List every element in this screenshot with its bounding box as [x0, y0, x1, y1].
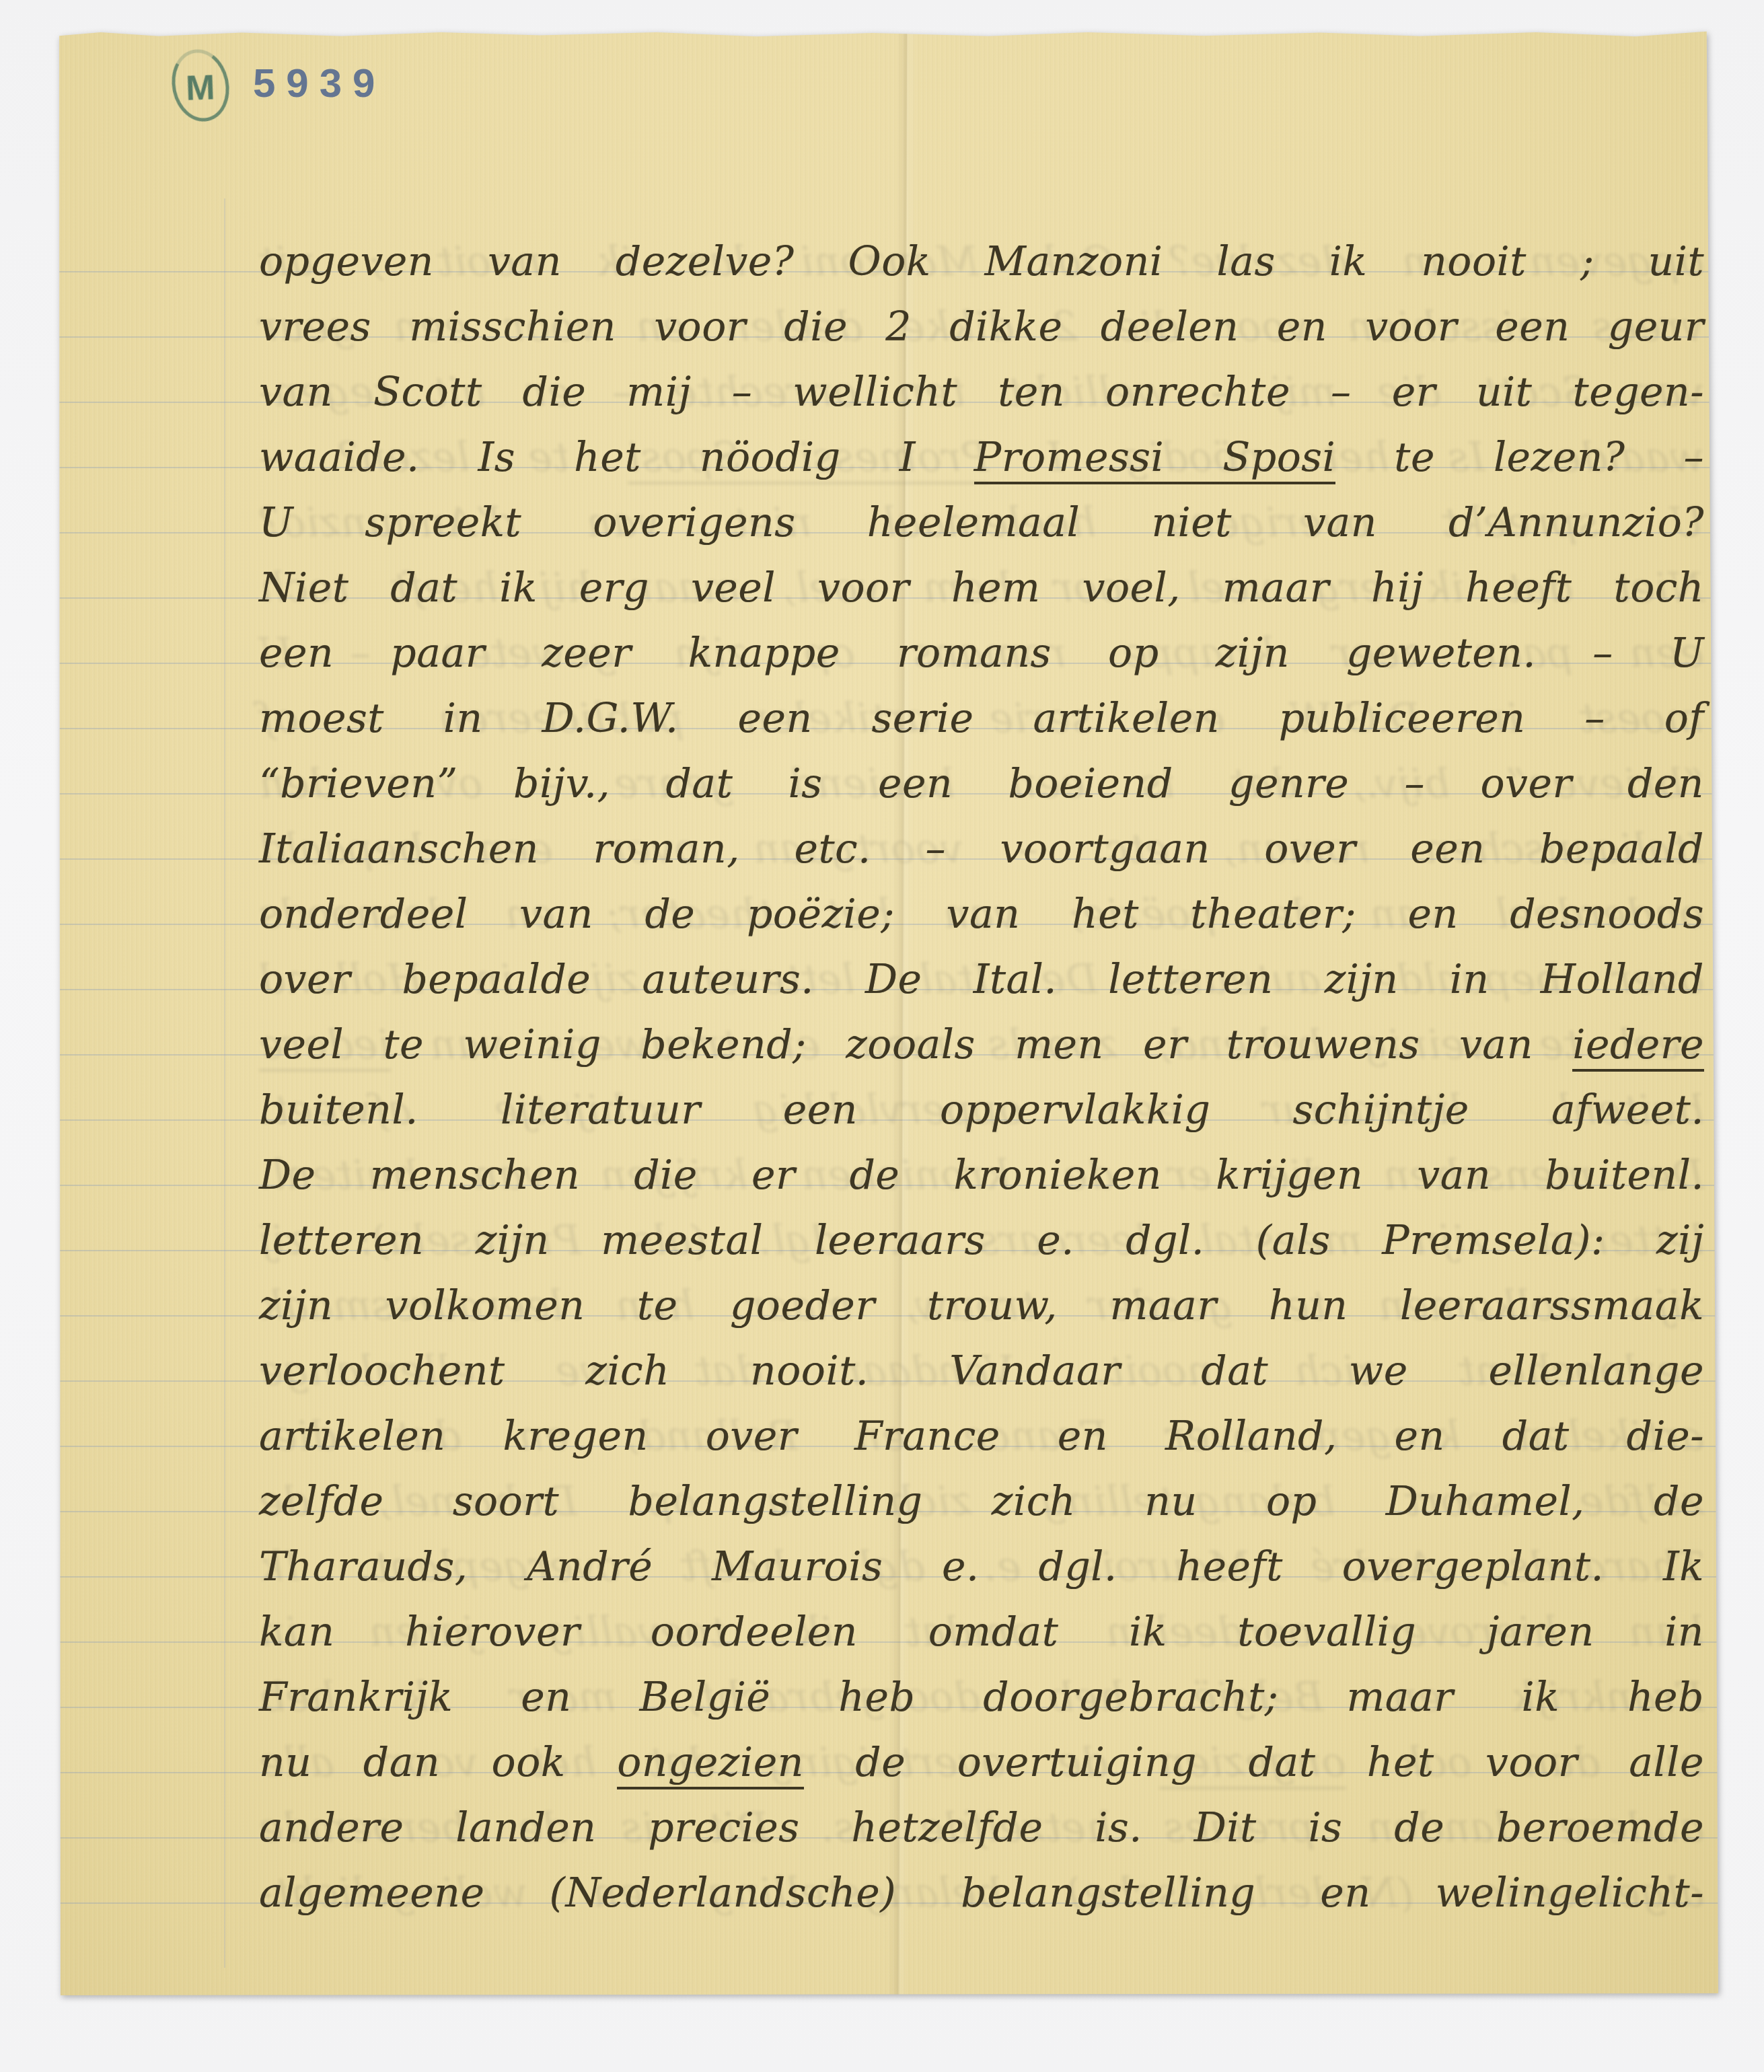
- line-segment: De menschen die er de kronieken krijgen …: [259, 1152, 1704, 1199]
- handwritten-line: U spreekt overigens heelemaal niet van d…: [259, 492, 1704, 557]
- handwritten-line: “brieven” bijv., dat is een boeiend genr…: [259, 753, 1704, 818]
- handwritten-line: Frankrijk en België heb doorgebracht; ma…: [259, 1666, 1704, 1732]
- handwritten-line: onderdeel van de poëzie; van het theater…: [259, 883, 1704, 949]
- handwritten-line: kan hierover oordeelen omdat ik toevalli…: [259, 1601, 1704, 1666]
- handwritten-line: letteren zijn meestal leeraars e. dgl. (…: [259, 1210, 1704, 1275]
- handwritten-line: vrees misschien voor die 2 dikke deelen …: [259, 296, 1704, 361]
- stamp-number: 5939: [253, 60, 385, 106]
- handwritten-line: een paar zeer knappe romans op zijn gewe…: [259, 622, 1704, 688]
- stamp-circle-icon: M: [166, 44, 236, 126]
- line-segment: opgeven van dezelve? Ook Manzoni las ik …: [259, 238, 1704, 285]
- underlined-word: iedere: [1572, 1021, 1704, 1072]
- line-segment: veel te weinig bekend; zooals men er tro…: [259, 1021, 1572, 1068]
- handwritten-line: over bepaalde auteurs. De Ital. letteren…: [259, 949, 1704, 1014]
- line-segment: een paar zeer knappe romans op zijn gewe…: [259, 630, 1704, 677]
- handwritten-line: buitenl. literatuur een oppervlakkig sch…: [259, 1079, 1704, 1144]
- line-segment: moest in D.G.W. een serie artikelen publ…: [259, 695, 1704, 742]
- handwritten-line: moest in D.G.W. een serie artikelen publ…: [259, 688, 1704, 753]
- line-segment: kan hierover oordeelen omdat ik toevalli…: [259, 1608, 1704, 1656]
- handwritten-line: andere landen precies hetzelfde is. Dit …: [259, 1797, 1704, 1862]
- line-segment: nu dan ook: [259, 1739, 617, 1786]
- underlined-word: ongezien: [617, 1739, 804, 1789]
- line-segment: waaide. Is het nöodig I: [259, 434, 974, 481]
- margin-rule-line: [224, 198, 225, 1968]
- handwritten-line: artikelen kregen over France en Rolland,…: [259, 1405, 1704, 1471]
- handwritten-line: Tharauds, André Maurois e. dgl. heeft ov…: [259, 1536, 1704, 1601]
- line-segment: de overtuiging dat het voor alle: [804, 1739, 1704, 1786]
- handwritten-line: nu dan ook ongezien de overtuiging dat h…: [259, 1732, 1704, 1797]
- stamp-letter: M: [185, 67, 215, 108]
- line-segment: buitenl. literatuur een oppervlakkig sch…: [259, 1086, 1704, 1134]
- line-segment: “brieven” bijv., dat is een boeiend genr…: [259, 760, 1704, 807]
- handwritten-line: zelfde soort belangstelling zich nu op D…: [259, 1471, 1704, 1536]
- line-segment: te lezen? –: [1335, 434, 1704, 481]
- paper-wrapper: M 5939 opgeven van dezelve? Ook Manzoni …: [59, 30, 1718, 1995]
- line-segment: van Scott die mij – wellicht ten onrecht…: [259, 369, 1704, 416]
- line-segment: algemeene (Nederlandsche) belangstelling…: [259, 1870, 1704, 1917]
- line-segment: vrees misschien voor die 2 dikke deelen …: [259, 303, 1704, 350]
- handwritten-line: Niet dat ik erg veel voor hem voel, maar…: [259, 557, 1704, 622]
- line-segment: Italiaanschen roman, etc. – voortgaan ov…: [259, 825, 1704, 873]
- handwritten-line: zijn volkomen te goeder trouw, maar hun …: [259, 1275, 1704, 1340]
- handwritten-line: van Scott die mij – wellicht ten onrecht…: [259, 361, 1704, 427]
- line-segment: artikelen kregen over France en Rolland,…: [259, 1413, 1704, 1460]
- line-segment: over bepaalde auteurs. De Ital. letteren…: [259, 956, 1704, 1003]
- line-segment: andere landen precies hetzelfde is. Dit …: [259, 1804, 1704, 1851]
- line-segment: U spreekt overigens heelemaal niet van d…: [259, 499, 1704, 546]
- handwritten-line: algemeene (Nederlandsche) belangstelling…: [259, 1862, 1704, 1927]
- line-segment: verloochent zich nooit. Vandaar dat we e…: [259, 1347, 1704, 1395]
- line-segment: onderdeel van de poëzie; van het theater…: [259, 891, 1704, 938]
- underlined-word: Promessi Sposi: [974, 434, 1335, 484]
- archive-stamp: M 5939: [172, 45, 482, 153]
- line-segment: zijn volkomen te goeder trouw, maar hun …: [259, 1282, 1704, 1329]
- line-segment: letteren zijn meestal leeraars e. dgl. (…: [259, 1217, 1704, 1264]
- handwritten-line: opgeven van dezelve? Ook Manzoni las ik …: [259, 231, 1704, 296]
- handwritten-line: veel te weinig bekend; zooals men er tro…: [259, 1014, 1704, 1079]
- handwritten-line: waaide. Is het nöodig I Promessi Sposi t…: [259, 427, 1704, 492]
- line-segment: zelfde soort belangstelling zich nu op D…: [259, 1478, 1704, 1525]
- handwritten-text-block: opgeven van dezelve? Ook Manzoni las ik …: [259, 231, 1704, 1927]
- scanned-letter-paper: M 5939 opgeven van dezelve? Ook Manzoni …: [59, 30, 1718, 1995]
- handwritten-line: Italiaanschen roman, etc. – voortgaan ov…: [259, 818, 1704, 883]
- line-segment: Frankrijk en België heb doorgebracht; ma…: [259, 1674, 1704, 1721]
- handwritten-line: verloochent zich nooit. Vandaar dat we e…: [259, 1340, 1704, 1405]
- line-segment: Niet dat ik erg veel voor hem voel, maar…: [259, 564, 1704, 612]
- line-segment: Tharauds, André Maurois e. dgl. heeft ov…: [259, 1543, 1704, 1590]
- handwritten-line: De menschen die er de kronieken krijgen …: [259, 1144, 1704, 1210]
